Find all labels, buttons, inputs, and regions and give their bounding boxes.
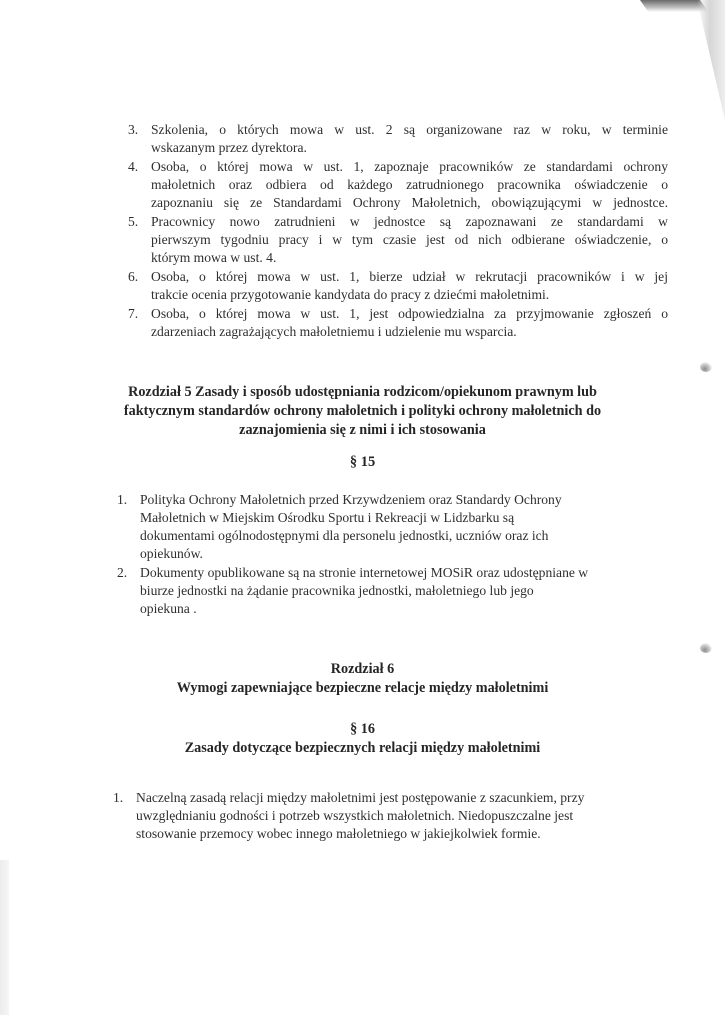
item-text-line: którym mowa w ust. 4. — [151, 249, 668, 267]
paragraph-15-label: § 15 — [0, 453, 725, 472]
list-item-4: 4. Osoba, o której mowa w ust. 1, zapozn… — [128, 158, 668, 212]
item-text-line: pierwszym tygodniu pracy i w tym czasie … — [151, 231, 668, 249]
item-number: 1. — [113, 789, 123, 807]
item-text-line: Małoletnich w Miejskim Ośrodku Sportu i … — [140, 509, 637, 527]
item-text-line: stosowanie przemocy wobec innego małolet… — [136, 825, 643, 843]
item-text-line: wskazanym przez dyrektora. — [151, 139, 668, 157]
item-text-line: Osoba, o której mowa w ust. 1, bierze ud… — [151, 268, 668, 286]
heading-line: zaznajomienia się z nimi i ich stosowani… — [0, 421, 725, 440]
paragraph-label: § 16 — [0, 720, 725, 739]
numbered-list-paragraph-15: 1. Polityka Ochrony Małoletnich przed Kr… — [117, 491, 637, 619]
item-text-line: biurze jednostki na żądanie pracownika j… — [140, 582, 637, 600]
item-text-line: Pracownicy nowo zatrudnieni w jednostce … — [151, 213, 668, 231]
item-text-line: Polityka Ochrony Małoletnich przed Krzyw… — [140, 491, 637, 509]
item-text-line: zapoznaniu się ze Standardami Ochrony Ma… — [151, 194, 668, 212]
list-item-2: 2. Dokumenty opublikowane są na stronie … — [117, 564, 637, 618]
item-number: 2. — [117, 564, 127, 582]
heading-line: Rozdział 5 Zasady i sposób udostępniania… — [0, 383, 725, 402]
item-text-line: opiekuna . — [140, 600, 637, 618]
list-item-5: 5. Pracownicy nowo zatrudnieni w jednost… — [128, 213, 668, 267]
item-text-line: trakcie ocenia przygotowanie kandydata d… — [151, 286, 668, 304]
scan-left-edge — [0, 860, 9, 1015]
item-number: 1. — [117, 491, 127, 509]
item-number: 6. — [128, 268, 138, 286]
item-text-line: dokumentami ogólnodostępnymi dla persone… — [140, 527, 637, 545]
item-text-line: Osoba, o której mowa w ust. 1, jest odpo… — [151, 305, 668, 323]
item-number: 7. — [128, 305, 138, 323]
item-text-line: zdarzeniach zagrażających małoletniemu i… — [151, 323, 668, 341]
item-text-line: uwzględnianiu godności i potrzeb wszystk… — [136, 807, 643, 825]
chapter-6-heading: Rozdział 6 Wymogi zapewniające bezpieczn… — [0, 660, 725, 698]
numbered-list-top: 3. Szkolenia, o których mowa w ust. 2 są… — [128, 121, 668, 342]
heading-line: faktycznym standardów ochrony małoletnic… — [0, 402, 725, 421]
item-number: 4. — [128, 158, 138, 176]
list-item-1: 1. Naczelną zasadą relacji między małole… — [113, 789, 643, 843]
list-item-6: 6. Osoba, o której mowa w ust. 1, bierze… — [128, 268, 668, 304]
numbered-list-paragraph-16: 1. Naczelną zasadą relacji między małole… — [113, 789, 643, 844]
item-number: 5. — [128, 213, 138, 231]
list-item-7: 7. Osoba, o której mowa w ust. 1, jest o… — [128, 305, 668, 341]
page-corner-fold — [697, 0, 725, 120]
list-item-1: 1. Polityka Ochrony Małoletnich przed Kr… — [117, 491, 637, 563]
item-text-line: Naczelną zasadą relacji między małoletni… — [136, 789, 643, 807]
chapter-subtitle: Wymogi zapewniające bezpieczne relacje m… — [0, 679, 725, 698]
chapter-title: Rozdział 6 — [0, 660, 725, 679]
item-text-line: Osoba, o której mowa w ust. 1, zapoznaje… — [151, 158, 668, 176]
paragraph-16-heading: § 16 Zasady dotyczące bezpiecznych relac… — [0, 720, 725, 758]
item-text-line: małoletnich oraz odbiera od każdego zatr… — [151, 176, 668, 194]
item-text-line: Dokumenty opublikowane są na stronie int… — [140, 564, 637, 582]
chapter-5-heading: Rozdział 5 Zasady i sposób udostępniania… — [0, 383, 725, 440]
item-text-line: Szkolenia, o których mowa w ust. 2 są or… — [151, 121, 668, 139]
paragraph-title: Zasady dotyczące bezpiecznych relacji mi… — [0, 739, 725, 758]
list-item-3: 3. Szkolenia, o których mowa w ust. 2 są… — [128, 121, 668, 157]
item-text-line: opiekunów. — [140, 545, 637, 563]
item-number: 3. — [128, 121, 138, 139]
scanned-page: 3. Szkolenia, o których mowa w ust. 2 są… — [0, 0, 725, 1024]
punch-hole-mark — [700, 643, 712, 653]
punch-hole-mark — [700, 362, 712, 372]
